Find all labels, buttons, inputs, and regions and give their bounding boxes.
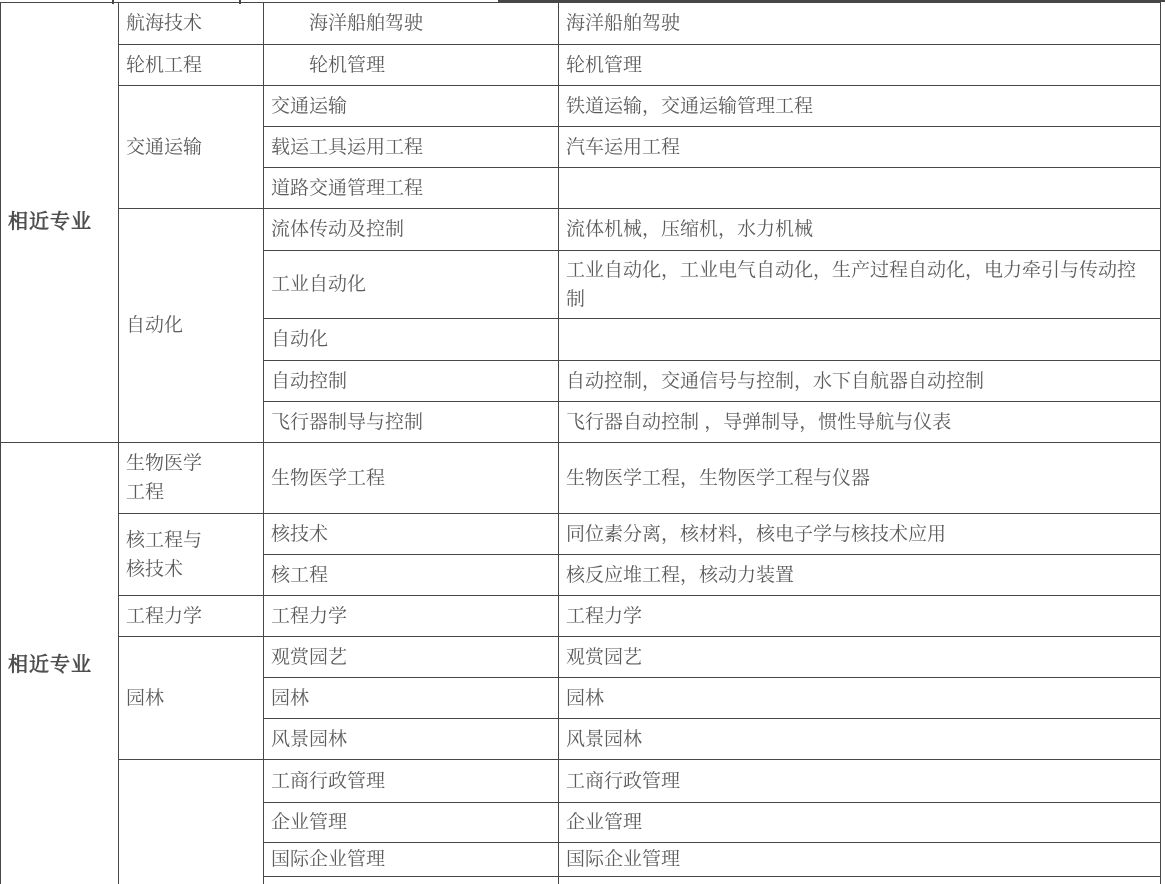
major-cell-text: 工商行政管理	[271, 771, 385, 792]
major-cell: 工程力学	[264, 596, 559, 637]
major-cell: 自动化	[264, 319, 559, 361]
category-cell-text: 交通运输	[126, 137, 202, 158]
major-cell-text: 飞行器制导与控制	[271, 412, 423, 433]
major-cell: 海洋船舶驾驶	[264, 3, 559, 45]
category-cell-text: 核工程与 核技术	[126, 530, 202, 580]
major-cell: 工业自动化	[264, 251, 559, 319]
related-majors-cell-text: 工业自动化，工业电气自动化，生产过程自动化，电力牵引与传动控制	[566, 260, 1136, 310]
major-cell-text: 核技术	[271, 524, 328, 545]
related-majors-cell: 工业自动化，工业电气自动化，生产过程自动化，电力牵引与传动控制	[559, 251, 1161, 319]
major-cell: 国际企业管理	[264, 843, 559, 877]
major-cell: 飞行器制导与控制	[264, 402, 559, 443]
major-cell-text: 园林	[271, 688, 309, 709]
related-majors-cell: 汽车运用工程	[559, 127, 1161, 168]
major-cell: 观赏园艺	[264, 637, 559, 678]
major-cell-text: 观赏园艺	[271, 647, 347, 668]
category-cell	[119, 760, 264, 884]
major-cell-text: 海洋船舶驾驶	[271, 13, 423, 34]
category-cell: 交通运输	[119, 86, 264, 209]
related-majors-cell: 飞行器自动控制 ，导弹制导，惯性导航与仪表	[559, 402, 1161, 443]
major-cell: 核技术	[264, 514, 559, 555]
related-majors-cell: 流体机械，压缩机，水力机械	[559, 209, 1161, 251]
major-cell: 生物医学工程	[264, 443, 559, 514]
category-cell-text: 航海技术	[126, 13, 202, 34]
major-cell: 自动控制	[264, 361, 559, 402]
major-cell-text: 轮机管理	[271, 55, 385, 76]
table-row: 相近专业生物医学 工程生物医学工程生物医学工程，生物医学工程与仪器	[1, 443, 1161, 514]
related-majors-cell-text: 自动控制，交通信号与控制，水下自航器自动控制	[566, 371, 984, 392]
major-cell: 道路交通管理工程	[264, 168, 559, 209]
related-majors-cell: 核反应堆工程，核动力装置	[559, 555, 1161, 596]
major-cell-text: 生物医学工程	[271, 468, 385, 489]
section-label: 相近专业	[8, 211, 92, 233]
related-majors-cell-text: 国际企业管理	[566, 849, 680, 870]
category-cell-text: 自动化	[126, 315, 183, 336]
table-row: 工程力学工程力学工程力学	[1, 596, 1161, 637]
related-majors-cell: 工程力学	[559, 596, 1161, 637]
related-majors-cell	[559, 319, 1161, 361]
related-majors-cell-text: 飞行器自动控制 ，导弹制导，惯性导航与仪表	[566, 412, 951, 433]
related-majors-cell-text: 核反应堆工程，核动力装置	[566, 565, 794, 586]
category-cell-text: 园林	[126, 688, 164, 709]
major-cell: 载运工具运用工程	[264, 127, 559, 168]
related-majors-cell-text: 企业管理	[566, 812, 642, 833]
major-cell-text: 道路交通管理工程	[271, 178, 423, 199]
major-cell-text: 自动化	[271, 329, 328, 350]
table-row: 自动化流体传动及控制流体机械，压缩机，水力机械	[1, 209, 1161, 251]
category-cell: 轮机工程	[119, 45, 264, 86]
major-cell-text: 自动控制	[271, 371, 347, 392]
related-majors-cell	[559, 877, 1161, 884]
related-majors-cell-text: 铁道运输，交通运输管理工程	[566, 96, 813, 117]
category-cell-text: 生物医学 工程	[126, 453, 202, 503]
category-cell: 航海技术	[119, 3, 264, 45]
major-cell-text: 流体传动及控制	[271, 219, 404, 240]
table-row: 工商行政管理工商行政管理	[1, 760, 1161, 803]
table-row: 相近专业航海技术 海洋船舶驾驶海洋船舶驾驶	[1, 3, 1161, 45]
section-label-cell: 相近专业	[1, 3, 119, 443]
major-cell-text: 载运工具运用工程	[271, 137, 423, 158]
major-cell-text: 核工程	[271, 565, 328, 586]
related-majors-cell-text: 风景园林	[566, 729, 642, 750]
related-majors-cell: 海洋船舶驾驶	[559, 3, 1161, 45]
category-cell: 核工程与 核技术	[119, 514, 264, 596]
related-majors-cell-text: 轮机管理	[566, 55, 642, 76]
table-row: 核工程与 核技术核技术同位素分离，核材料，核电子学与核技术应用	[1, 514, 1161, 555]
major-cell-text: 企业管理	[271, 812, 347, 833]
related-majors-cell: 风景园林	[559, 719, 1161, 760]
major-cell: 园林	[264, 678, 559, 719]
section-label: 相近专业	[8, 654, 92, 676]
major-cell-text: 国际企业管理	[271, 849, 385, 870]
major-cell-text: 工程力学	[271, 606, 347, 627]
major-cell: 核工程	[264, 555, 559, 596]
related-majors-cell-text: 工程力学	[566, 606, 642, 627]
majors-table-body: 相近专业航海技术 海洋船舶驾驶海洋船舶驾驶轮机工程 轮机管理轮机管理交通运输交通…	[1, 3, 1161, 884]
related-majors-cell: 轮机管理	[559, 45, 1161, 86]
table-row: 交通运输交通运输铁道运输，交通运输管理工程	[1, 86, 1161, 127]
table-row: 轮机工程 轮机管理轮机管理	[1, 45, 1161, 86]
major-cell: 风景园林	[264, 719, 559, 760]
related-majors-cell-text: 工商行政管理	[566, 771, 680, 792]
major-cell-text: 风景园林	[271, 729, 347, 750]
related-majors-cell-text: 汽车运用工程	[566, 137, 680, 158]
related-majors-cell-text: 生物医学工程，生物医学工程与仪器	[566, 468, 870, 489]
related-majors-cell: 工商行政管理	[559, 760, 1161, 803]
major-cell	[264, 877, 559, 884]
major-cell: 企业管理	[264, 803, 559, 843]
category-cell-text: 工程力学	[126, 606, 202, 627]
related-majors-cell: 园林	[559, 678, 1161, 719]
major-cell: 工商行政管理	[264, 760, 559, 803]
major-cell: 交通运输	[264, 86, 559, 127]
major-cell-text: 工业自动化	[271, 274, 366, 295]
related-majors-cell-text: 同位素分离，核材料，核电子学与核技术应用	[566, 524, 946, 545]
page: 相近专业航海技术 海洋船舶驾驶海洋船舶驾驶轮机工程 轮机管理轮机管理交通运输交通…	[0, 0, 1165, 884]
related-majors-cell: 观赏园艺	[559, 637, 1161, 678]
category-cell: 园林	[119, 637, 264, 760]
related-majors-table: 相近专业航海技术 海洋船舶驾驶海洋船舶驾驶轮机工程 轮机管理轮机管理交通运输交通…	[0, 2, 1161, 884]
related-majors-cell: 自动控制，交通信号与控制，水下自航器自动控制	[559, 361, 1161, 402]
table-row: 园林观赏园艺观赏园艺	[1, 637, 1161, 678]
major-cell: 流体传动及控制	[264, 209, 559, 251]
category-cell: 生物医学 工程	[119, 443, 264, 514]
related-majors-cell	[559, 168, 1161, 209]
related-majors-cell: 企业管理	[559, 803, 1161, 843]
category-cell-text: 轮机工程	[126, 55, 202, 76]
category-cell: 自动化	[119, 209, 264, 443]
related-majors-cell: 铁道运输，交通运输管理工程	[559, 86, 1161, 127]
related-majors-cell-text: 海洋船舶驾驶	[566, 13, 680, 34]
major-cell: 轮机管理	[264, 45, 559, 86]
major-cell-text: 交通运输	[271, 96, 347, 117]
related-majors-cell: 同位素分离，核材料，核电子学与核技术应用	[559, 514, 1161, 555]
related-majors-cell-text: 观赏园艺	[566, 647, 642, 668]
category-cell: 工程力学	[119, 596, 264, 637]
related-majors-cell: 国际企业管理	[559, 843, 1161, 877]
related-majors-cell-text: 园林	[566, 688, 604, 709]
related-majors-cell-text: 流体机械，压缩机，水力机械	[566, 219, 813, 240]
section-label-cell: 相近专业	[1, 443, 119, 884]
related-majors-cell: 生物医学工程，生物医学工程与仪器	[559, 443, 1161, 514]
